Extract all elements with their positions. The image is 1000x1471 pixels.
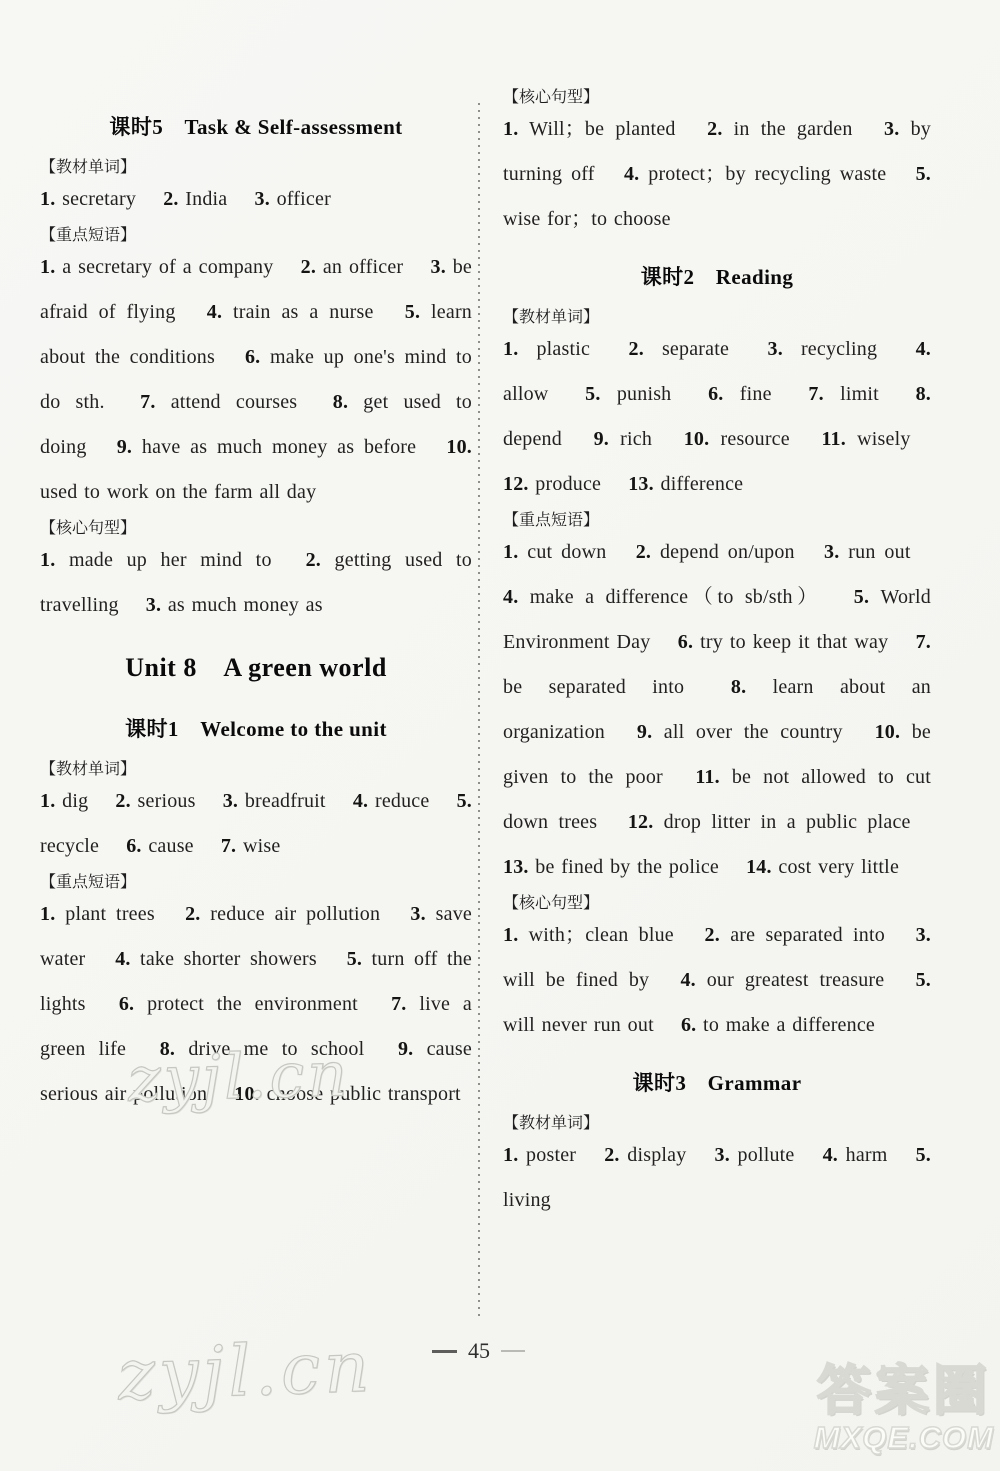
item-number: 11. — [695, 766, 720, 788]
item-number: 2. — [301, 256, 316, 278]
item-number: 13. — [628, 473, 654, 495]
item-number: 10. — [234, 1083, 260, 1105]
item-number: 11. — [821, 428, 846, 450]
header: 【核心句型】 — [503, 890, 931, 913]
item-number: 5. — [854, 586, 869, 608]
item-number: 2. — [306, 549, 321, 571]
answer-item-list: 1. dig 2. serious 3. breadfruit 4. reduc… — [40, 779, 472, 869]
item-number: 2. — [604, 1144, 619, 1166]
answer-item-list: 1. secretary 2. India 3. officer — [40, 177, 472, 222]
item-number: 2. — [185, 903, 200, 925]
item-number: 4. — [680, 969, 695, 991]
item-number: 3. — [916, 924, 931, 946]
item-number: 3. — [715, 1144, 730, 1166]
item-number: 4. — [207, 301, 222, 323]
page-number-dash-left — [432, 1350, 457, 1353]
item-number: 8. — [731, 676, 746, 698]
item-number: 9. — [594, 428, 609, 450]
watermark-logo: 答案圈 MXQE.COM — [814, 1362, 994, 1455]
item-number: 3. — [410, 903, 425, 925]
item-number: 1. — [40, 790, 55, 812]
answer-item-list: 1. a secretary of a company 2. an office… — [40, 245, 472, 515]
item-number: 7. — [808, 383, 823, 405]
left-column: 课时5 Task & Self-assessment【教材单词】1. secre… — [40, 0, 472, 1117]
item-number: 5. — [916, 163, 931, 185]
item-number: 5. — [916, 969, 931, 991]
header: 【核心句型】 — [40, 515, 472, 538]
header: 【教材单词】 — [40, 756, 472, 779]
item-number: 1. — [503, 924, 518, 946]
item-number: 3. — [431, 256, 446, 278]
column-divider — [478, 103, 480, 1319]
item-number: 3. — [884, 118, 899, 140]
item-number: 4. — [115, 948, 130, 970]
item-number: 10. — [446, 436, 472, 458]
lesson-title: 课时5 Task & Self-assessment — [40, 104, 472, 150]
item-number: 7. — [140, 391, 155, 413]
answer-item-list: 1. made up her mind to 2. getting used t… — [40, 538, 472, 628]
item-number: 7. — [221, 835, 236, 857]
header: 【重点短语】 — [503, 507, 931, 530]
item-number: 8. — [916, 383, 931, 405]
item-number: 6. — [119, 993, 134, 1015]
item-number: 10. — [684, 428, 710, 450]
item-number: 1. — [40, 188, 55, 210]
header: 【教材单词】 — [503, 1110, 931, 1133]
item-number: 2. — [707, 118, 722, 140]
item-number: 6. — [245, 346, 260, 368]
item-number: 1. — [503, 541, 518, 563]
header: 【核心句型】 — [503, 84, 931, 107]
answer-item-list: 1. with；clean blue 2. are separated into… — [503, 913, 931, 1048]
item-number: 8. — [160, 1038, 175, 1060]
item-number: 9. — [398, 1038, 413, 1060]
item-number: 8. — [333, 391, 348, 413]
item-number: 3. — [824, 541, 839, 563]
item-number: 6. — [126, 835, 141, 857]
watermark-logo-site: MXQE.COM — [814, 1421, 994, 1455]
item-number: 5. — [347, 948, 362, 970]
item-number: 4. — [823, 1144, 838, 1166]
item-number: 13. — [503, 856, 529, 878]
watermark-logo-text: 答案圈 — [814, 1362, 994, 1421]
item-number: 1. — [40, 549, 55, 571]
item-number: 9. — [117, 436, 132, 458]
item-number: 3. — [255, 188, 270, 210]
item-number: 3. — [223, 790, 238, 812]
item-number: 4. — [624, 163, 639, 185]
item-number: 6. — [678, 631, 693, 653]
watermark-bottom-left: zyjl.cn — [117, 1326, 375, 1417]
item-number: 5. — [405, 301, 420, 323]
item-number: 5. — [916, 1144, 931, 1166]
item-number: 2. — [636, 541, 651, 563]
lesson-title: 课时1 Welcome to the unit — [40, 706, 472, 752]
item-number: 7. — [391, 993, 406, 1015]
item-number: 2. — [115, 790, 130, 812]
item-number: 5. — [457, 790, 472, 812]
page-number-dash-right — [501, 1350, 525, 1352]
header: 【重点短语】 — [40, 869, 472, 892]
item-number: 4. — [916, 338, 931, 360]
lesson-title: 课时3 Grammar — [503, 1060, 931, 1106]
item-number: 1. — [503, 338, 518, 360]
page-number-value: 45 — [468, 1338, 490, 1364]
answer-item-list: 1. Will；be planted 2. in the garden 3. b… — [503, 107, 931, 242]
unit-title: Unit 8 A green world — [40, 642, 472, 694]
item-number: 12. — [503, 473, 529, 495]
answer-item-list: 1. plastic 2. separate 3. recycling 4. a… — [503, 327, 931, 507]
item-number: 2. — [629, 338, 644, 360]
item-number: 14. — [746, 856, 772, 878]
scanned-workbook-page: 课时5 Task & Self-assessment【教材单词】1. secre… — [0, 0, 1000, 1471]
answer-item-list: 1. cut down 2. depend on/upon 3. run out… — [503, 530, 931, 890]
item-number: 4. — [353, 790, 368, 812]
item-number: 9. — [637, 721, 652, 743]
header: 【教材单词】 — [503, 304, 931, 327]
item-number: 3. — [146, 594, 161, 616]
page-number: 45 — [432, 1338, 525, 1364]
item-number: 4. — [503, 586, 518, 608]
item-number: 3. — [768, 338, 783, 360]
item-number: 1. — [503, 1144, 518, 1166]
answer-item-list: 1. poster 2. display 3. pollute 4. harm … — [503, 1133, 931, 1223]
header: 【重点短语】 — [40, 222, 472, 245]
item-number: 12. — [628, 811, 654, 833]
item-number: 5. — [585, 383, 600, 405]
item-number: 2. — [163, 188, 178, 210]
item-number: 10. — [875, 721, 901, 743]
item-number: 6. — [708, 383, 723, 405]
item-number: 1. — [40, 903, 55, 925]
item-number: 7. — [916, 631, 931, 653]
item-number: 6. — [681, 1014, 696, 1036]
answer-item-list: 1. plant trees 2. reduce air pollution 3… — [40, 892, 472, 1117]
header: 【教材单词】 — [40, 154, 472, 177]
item-number: 2. — [705, 924, 720, 946]
item-number: 1. — [503, 118, 518, 140]
right-column: 【核心句型】1. Will；be planted 2. in the garde… — [503, 0, 931, 1223]
lesson-title: 课时2 Reading — [503, 254, 931, 300]
item-number: 1. — [40, 256, 55, 278]
